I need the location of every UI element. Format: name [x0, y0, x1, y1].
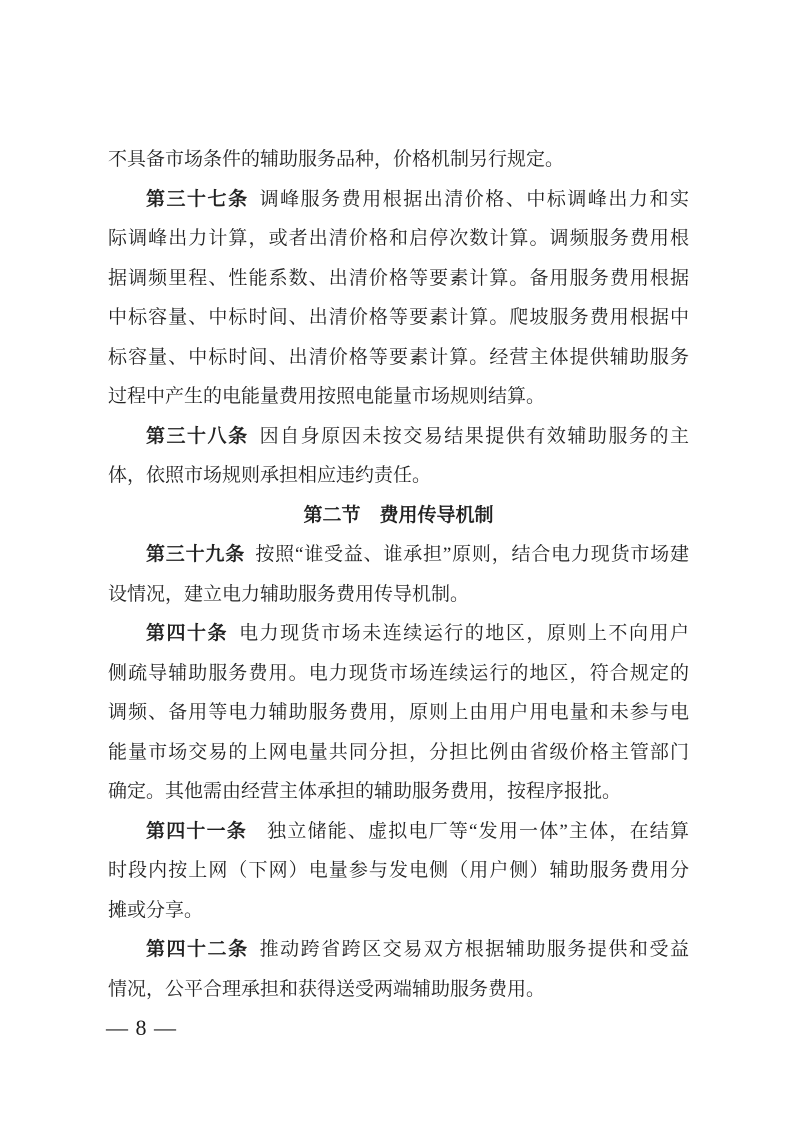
- text-line: 时段内按上网（下网）电量参与发电侧（用户侧）辅助服务费用分: [108, 851, 689, 891]
- text-line: 第三十八条 因自身原因未按交易结果提供有效辅助服务的主: [108, 417, 689, 457]
- section-heading: 第二节 费用传导机制: [108, 496, 689, 536]
- text-segment: 不具备市场条件的辅助服务品种，价格机制另行规定。: [108, 149, 564, 170]
- text-line: 据调频里程、性能系数、出清价格等要素计算。备用服务费用根据: [108, 259, 689, 299]
- text-line: 标容量、中标时间、出清价格等要素计算。经营主体提供辅助服务: [108, 338, 689, 378]
- text-line: 第三十七条 调峰服务费用根据出清价格、中标调峰出力和实: [108, 180, 689, 220]
- article-number: 第四十二条: [146, 939, 249, 960]
- text-segment: 调峰服务费用根据出清价格、中标调峰出力和实: [249, 189, 689, 210]
- text-line: 第四十一条 独立储能、虚拟电厂等“发用一体”主体，在结算: [108, 812, 689, 852]
- text-segment: 推动跨省跨区交易双方根据辅助服务提供和受益: [249, 939, 689, 960]
- text-line: 摊或分享。: [108, 891, 689, 931]
- text-segment: 中标容量、中标时间、出清价格等要素计算。爬坡服务费用根据中: [108, 307, 689, 328]
- text-line: 不具备市场条件的辅助服务品种，价格机制另行规定。: [108, 140, 689, 180]
- article-number: 第四十条: [146, 623, 228, 644]
- text-line: 第三十九条 按照“谁受益、谁承担”原则，结合电力现货市场建: [108, 535, 689, 575]
- text-segment: 设情况，建立电力辅助服务费用传导机制。: [108, 584, 469, 605]
- text-segment: 际调峰出力计算，或者出清价格和启停次数计算。调频服务费用根: [108, 228, 689, 249]
- text-line: 体，依照市场规则承担相应违约责任。: [108, 456, 689, 496]
- text-line: 际调峰出力计算，或者出清价格和启停次数计算。调频服务费用根: [108, 219, 689, 259]
- text-segment: 标容量、中标时间、出清价格等要素计算。经营主体提供辅助服务: [108, 347, 689, 368]
- text-segment: 时段内按上网（下网）电量参与发电侧（用户侧）辅助服务费用分: [108, 860, 689, 881]
- document-body: 不具备市场条件的辅助服务品种，价格机制另行规定。第三十七条 调峰服务费用根据出清…: [108, 140, 689, 1009]
- text-line: 中标容量、中标时间、出清价格等要素计算。爬坡服务费用根据中: [108, 298, 689, 338]
- text-segment: 据调频里程、性能系数、出清价格等要素计算。备用服务费用根据: [108, 268, 689, 289]
- text-segment: 因自身原因未按交易结果提供有效辅助服务的主: [249, 426, 689, 447]
- article-number: 第三十八条: [146, 426, 249, 447]
- text-segment: 体，依照市场规则承担相应违约责任。: [108, 465, 431, 486]
- text-segment: 调频、备用等电力辅助服务费用，原则上由用户用电量和未参与电: [108, 702, 689, 723]
- text-line: 过程中产生的电能量费用按照电能量市场规则结算。: [108, 377, 689, 417]
- text-segment: 侧疏导辅助服务费用。电力现货市场连续运行的地区，符合规定的: [108, 663, 689, 684]
- article-number: 第三十九条: [146, 544, 245, 565]
- text-line: 情况，公平合理承担和获得送受两端辅助服务费用。: [108, 970, 689, 1010]
- document-page: 不具备市场条件的辅助服务品种，价格机制另行规定。第三十七条 调峰服务费用根据出清…: [0, 0, 800, 1131]
- text-line: 第四十条 电力现货市场未连续运行的地区，原则上不向用户: [108, 614, 689, 654]
- text-segment: 摊或分享。: [108, 900, 203, 921]
- text-line: 设情况，建立电力辅助服务费用传导机制。: [108, 575, 689, 615]
- text-line: 确定。其他需由经营主体承担的辅助服务费用，按程序报批。: [108, 772, 689, 812]
- text-segment: 情况，公平合理承担和获得送受两端辅助服务费用。: [108, 979, 545, 1000]
- text-line: 能量市场交易的上网电量共同分担，分担比例由省级价格主管部门: [108, 733, 689, 773]
- article-number: 第三十七条: [146, 189, 249, 210]
- text-segment: 过程中产生的电能量费用按照电能量市场规则结算。: [108, 386, 545, 407]
- text-line: 第四十二条 推动跨省跨区交易双方根据辅助服务提供和受益: [108, 930, 689, 970]
- text-segment: 电力现货市场未连续运行的地区，原则上不向用户: [228, 623, 689, 644]
- page-number: — 8 —: [106, 1014, 177, 1042]
- text-line: 调频、备用等电力辅助服务费用，原则上由用户用电量和未参与电: [108, 693, 689, 733]
- text-line: 侧疏导辅助服务费用。电力现货市场连续运行的地区，符合规定的: [108, 654, 689, 694]
- article-number: 第四十一条: [146, 821, 247, 842]
- text-segment: 能量市场交易的上网电量共同分担，分担比例由省级价格主管部门: [108, 742, 689, 763]
- text-segment: 按照“谁受益、谁承担”原则，结合电力现货市场建: [245, 544, 689, 565]
- text-segment: 确定。其他需由经营主体承担的辅助服务费用，按程序报批。: [108, 781, 621, 802]
- text-segment: 独立储能、虚拟电厂等“发用一体”主体，在结算: [247, 821, 689, 842]
- article-number: 第二节 费用传导机制: [303, 505, 493, 526]
